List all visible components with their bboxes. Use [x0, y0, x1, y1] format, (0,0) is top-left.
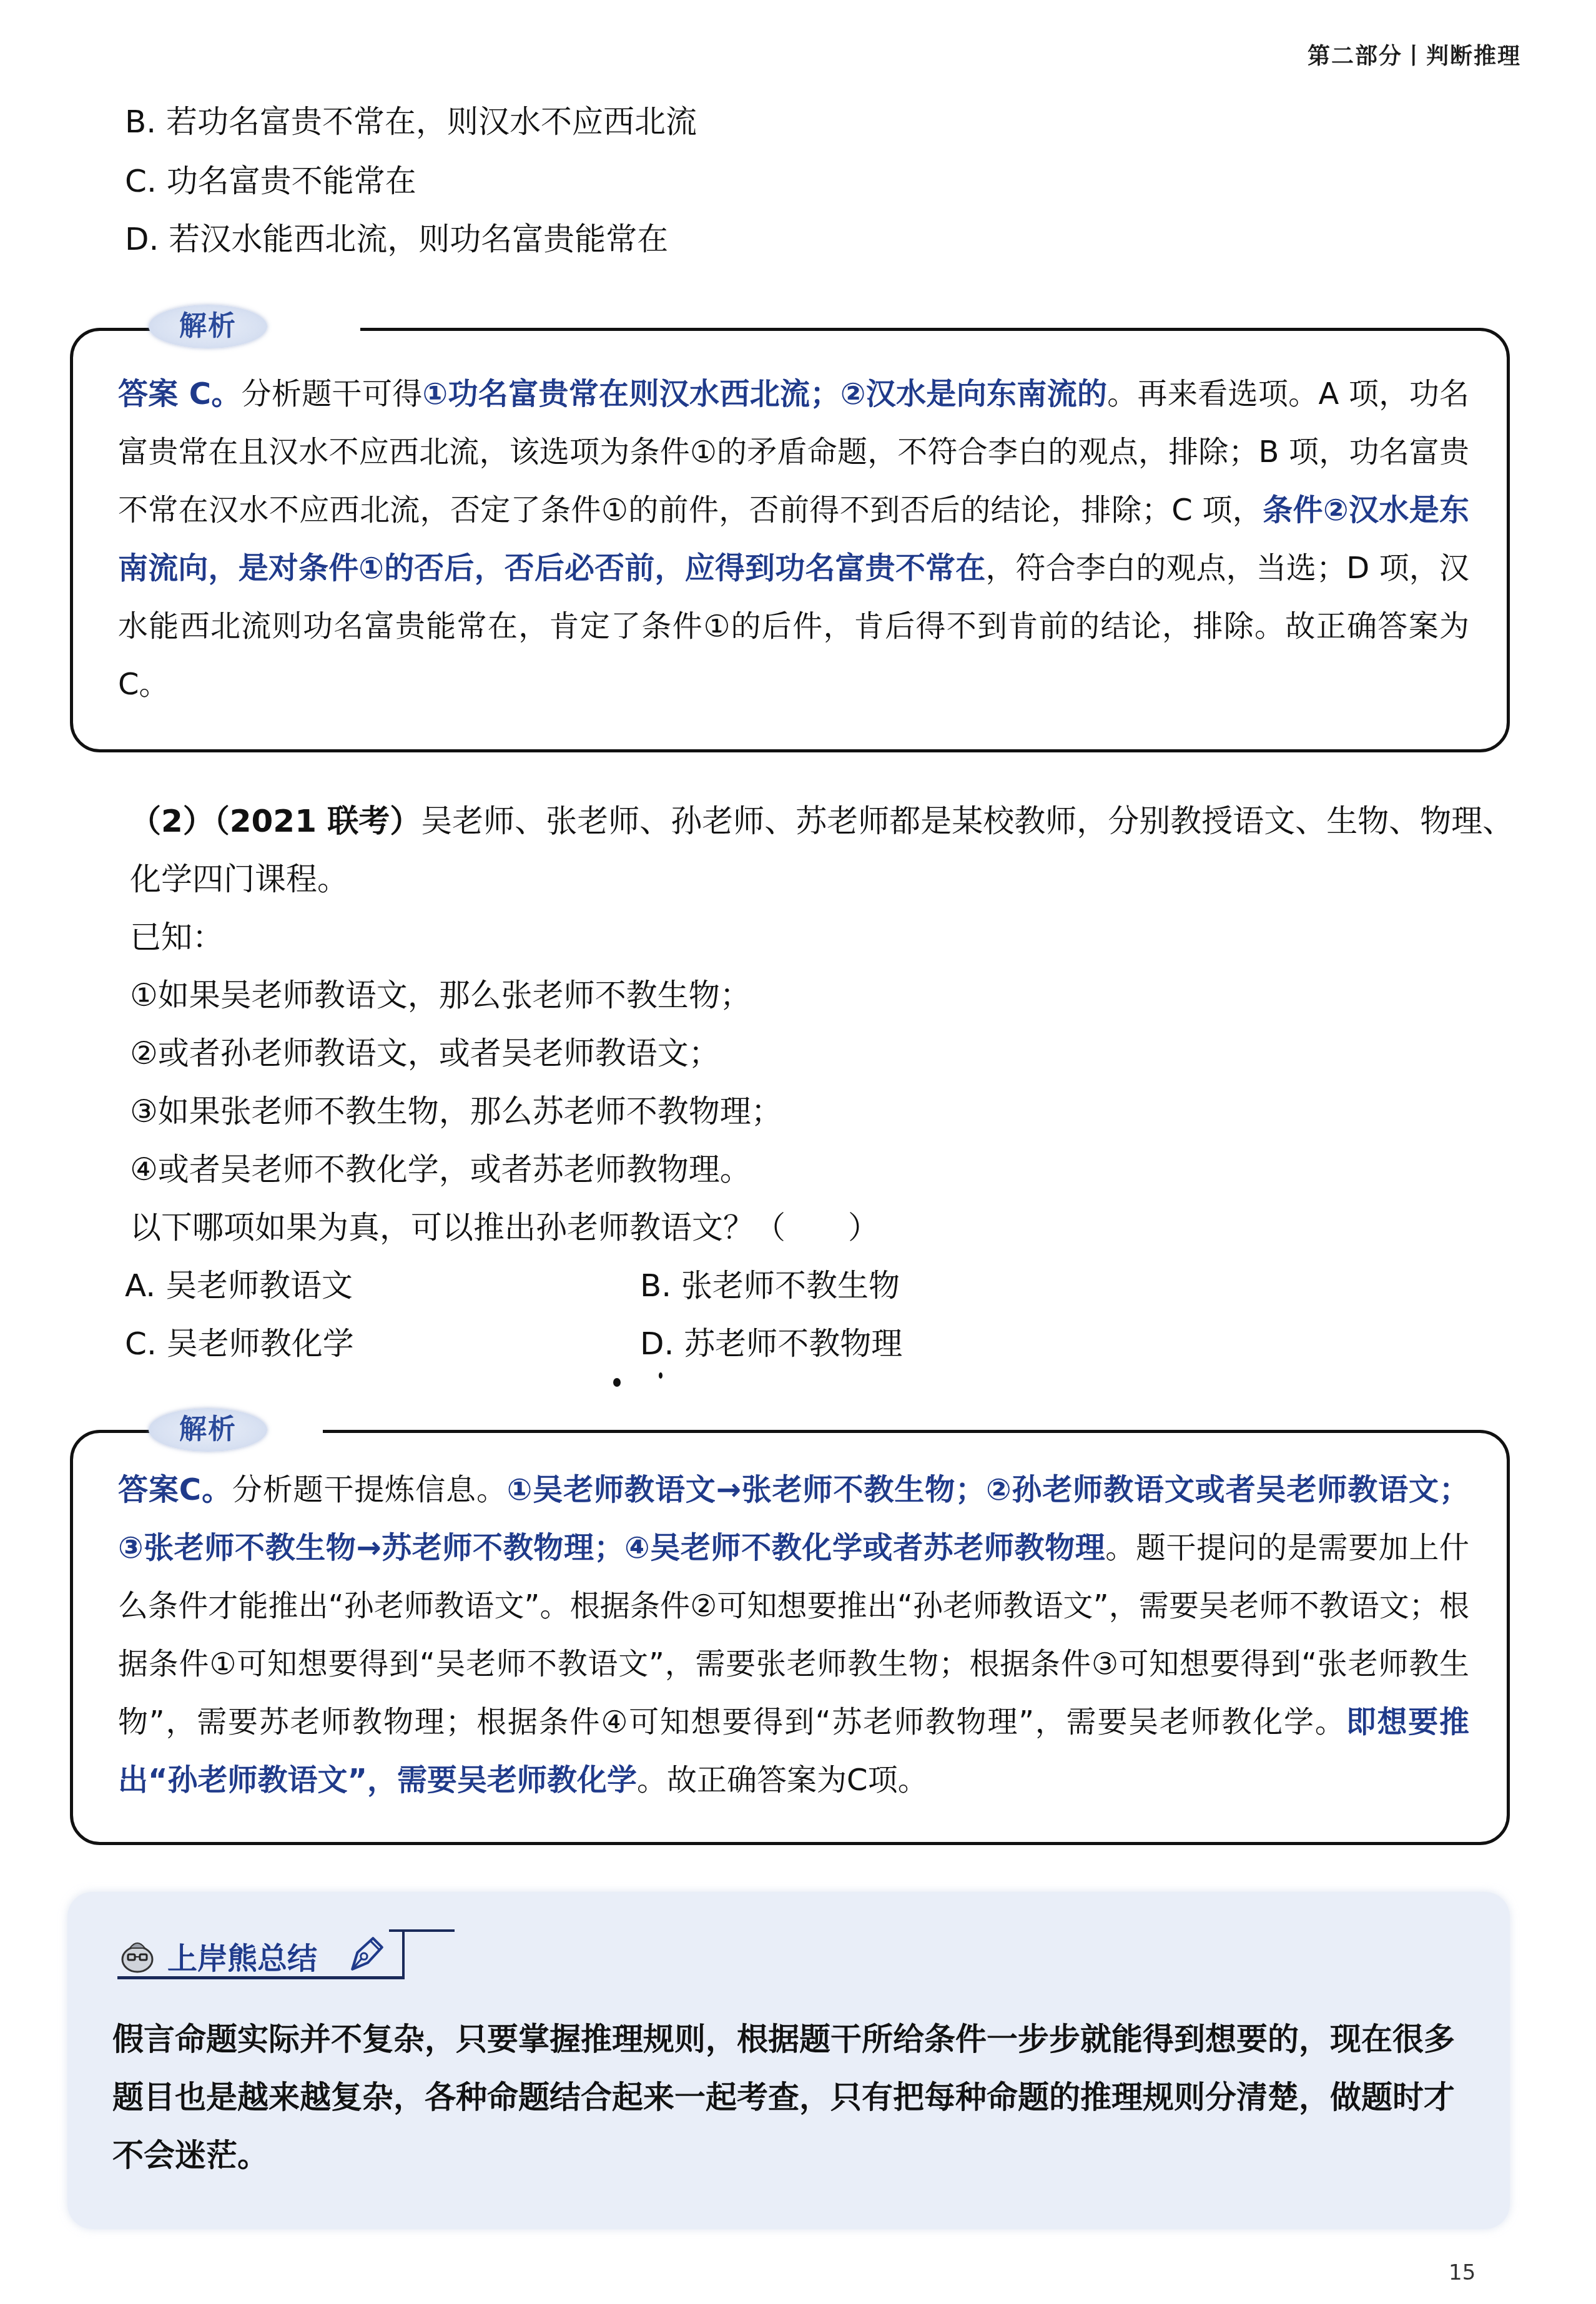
analysis-text: 。故正确答案为C项。 — [637, 1763, 928, 1798]
q2-condition-2: ②或者孙老师教语文，或者吴老师教语文； — [130, 1035, 720, 1072]
q2-option-b: B. 张老师不教生物 — [640, 1267, 900, 1304]
option-label: B. — [640, 1268, 671, 1304]
option-label: D. — [640, 1326, 674, 1362]
option-text: 若汉水能西北流，则功名富贵能常在 — [169, 221, 668, 257]
q2-option-a: A. 吴老师教语文 — [125, 1267, 353, 1304]
q2-condition-4: ④或者吴老师不教化学，或者苏老师教物理。 — [130, 1151, 751, 1188]
analysis-text: 分析题干可得 — [242, 377, 423, 411]
option-label: C. — [125, 1326, 157, 1362]
option-text: 吴老师教化学 — [167, 1326, 354, 1362]
analysis-1-text: 答案 C。分析题干可得①功名富贵常在则汉水西北流；②汉水是向东南流的。再来看选项… — [118, 365, 1469, 714]
analysis-2-text: 答案C。分析题干提炼信息。①吴老师教语文→张老师不教生物；②孙老师教语文或者吴老… — [118, 1461, 1469, 1809]
summary-text: 假言命题实际并不复杂，只要掌握推理规则，根据题干所给条件一步步就能得到想要的，现… — [112, 2011, 1472, 2185]
q2-option-c: C. 吴老师教化学 — [125, 1325, 354, 1362]
option-label: A. — [125, 1268, 155, 1304]
q2-known-label: 已知： — [130, 918, 224, 956]
q2-prompt: 以下哪项如果为真，可以推出孙老师教语文？（ ） — [130, 1209, 879, 1246]
analysis-box-2: 答案C。分析题干提炼信息。①吴老师教语文→张老师不教生物；②孙老师教语文或者吴老… — [70, 1430, 1510, 1845]
question-number: （2）（2021 联考） — [130, 803, 421, 839]
section-header: 第二部分丨判断推理 — [1308, 39, 1521, 71]
option-text: 吴老师教语文 — [165, 1268, 353, 1304]
option-label: B. — [125, 104, 156, 140]
title-frame-top — [389, 1929, 455, 1979]
answer-label: 答案 C。 — [118, 377, 242, 411]
q2-option-d: D. 苏老师不教物理 — [640, 1325, 902, 1362]
q2-condition-1: ①如果吴老师教语文，那么张老师不教生物； — [130, 977, 751, 1014]
summary-title: 上岸熊总结 — [167, 1934, 317, 1977]
q1-option-c: C. 功名富贵不能常在 — [125, 162, 416, 200]
summary-box: 上岸熊总结 假言命题实际并不复杂，只要掌握推理规则，根据题干所给条件一步步就能得… — [67, 1892, 1510, 2229]
option-text: 若功名富贵不常在，则汉水不应西北流 — [166, 104, 697, 140]
q2-stem-line-1: （2）（2021 联考）吴老师、张老师、孙老师、苏老师都是某校教师，分别教授语文… — [130, 802, 1514, 840]
q2-stem-line-2: 化学四门课程。 — [130, 860, 348, 898]
option-text: 张老师不教生物 — [681, 1268, 900, 1304]
analysis-box-1: 答案 C。分析题干可得①功名富贵常在则汉水西北流；②汉水是向东南流的。再来看选项… — [70, 328, 1510, 752]
bear-icon — [119, 1936, 156, 1973]
pen-icon — [347, 1934, 386, 1973]
analysis-tag-2: 解析 — [149, 1408, 267, 1452]
analysis-text: 分析题干提炼信息。 — [232, 1472, 507, 1507]
key-premises: ①功名富贵常在则汉水西北流；②汉水是向东南流的 — [423, 377, 1108, 411]
option-text: 功名富贵不能常在 — [167, 163, 416, 199]
summary-title-frame: 上岸熊总结 — [117, 1929, 405, 1979]
stray-mark — [613, 1378, 621, 1387]
option-label: C. — [125, 163, 157, 199]
analysis-tag-1: 解析 — [149, 305, 267, 348]
option-text: 苏老师不教物理 — [684, 1326, 902, 1362]
stray-mark — [659, 1372, 663, 1379]
option-label: D. — [125, 221, 159, 257]
page-number: 15 — [1449, 2260, 1475, 2285]
question-stem: 吴老师、张老师、孙老师、苏老师都是某校教师，分别教授语文、生物、物理、 — [421, 803, 1514, 839]
q2-condition-3: ③如果张老师不教生物，那么苏老师不教物理； — [130, 1093, 782, 1130]
q1-option-b: B. 若功名富贵不常在，则汉水不应西北流 — [125, 103, 697, 140]
q1-option-d: D. 若汉水能西北流，则功名富贵能常在 — [125, 220, 668, 258]
answer-label: 答案C。 — [118, 1472, 232, 1507]
